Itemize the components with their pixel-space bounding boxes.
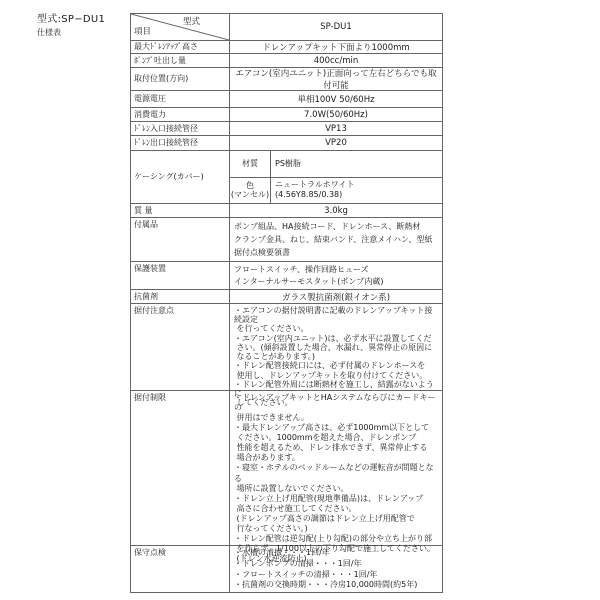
table-row: ﾄﾞﾚﾝ出口接続管径VP20 xyxy=(131,135,442,150)
document-header: 型式:SP−DU1 仕様表 xyxy=(37,10,105,38)
row-label: ﾎﾟﾝﾌﾟ吐出し量 xyxy=(131,54,230,67)
split-value-group: 材質PS樹脂色 (マンセル)ニュートラルホワイト (4.56Y8.85/0.38… xyxy=(230,151,442,203)
row-label: ケーシング(カバー) xyxy=(131,151,230,203)
sub-row-label: 色 (マンセル) xyxy=(230,178,271,204)
sheet-subtitle: 仕様表 xyxy=(37,27,105,38)
row-label: 保護装置 xyxy=(131,262,230,289)
row-value: VP13 xyxy=(230,122,442,135)
spec-rows: 最大ﾄﾞﾚﾝｱｯﾌﾟ高さドレンアップキット下面より1000mmﾎﾟﾝﾌﾟ吐出し量… xyxy=(131,40,442,592)
table-row: ﾎﾟﾝﾌﾟ吐出し量400cc/min xyxy=(131,53,442,67)
model-label: 型式:SP−DU1 xyxy=(37,10,105,25)
table-header-row: 型式 項目 SP-DU1 xyxy=(131,14,442,40)
row-label: 最大ﾄﾞﾚﾝｱｯﾌﾟ高さ xyxy=(131,41,230,53)
row-value: 7.0W(50/60Hz) xyxy=(230,108,442,121)
table-row: ﾄﾞﾚﾝ入口接続管径VP13 xyxy=(131,121,442,135)
table-row: 保守点検・水槽の清掃・・・1回/年 ・ドレンポンプの清掃・・・1回/年 ・フロー… xyxy=(131,545,442,592)
model-value: SP-DU1 xyxy=(230,14,442,40)
row-label: 質 量 xyxy=(131,204,230,217)
row-value: ドレンアップキット下面より1000mm xyxy=(230,41,442,53)
row-label: 据付制限 xyxy=(131,391,230,545)
row-value: ポンプ組品、HA接続コード、ドレンホース、断熱材 クランプ金具、ねじ、結束バンド… xyxy=(230,218,442,261)
row-value: エアコン(室内ユニット)正面向って左右どちらでも取付可能 xyxy=(230,68,442,90)
row-label: 据付注意点 xyxy=(131,304,230,390)
table-row: 質 量3.0kg xyxy=(131,203,442,217)
row-value: 単相100V 50/60Hz xyxy=(230,91,442,107)
row-label: 取付位置(方向) xyxy=(131,68,230,90)
row-value: 3.0kg xyxy=(230,204,442,217)
corner-label-model: 型式 xyxy=(183,17,200,27)
row-label: ﾄﾞﾚﾝ出口接続管径 xyxy=(131,136,230,150)
table-row: 据付注意点・エアコンの据付説明書に記載のドレンアップキット接続設定 を行ってくだ… xyxy=(131,303,442,390)
row-label: 電源電圧 xyxy=(131,91,230,107)
row-value: ・水槽の清掃・・・1回/年 ・ドレンポンプの清掃・・・1回/年 ・フロートスイッ… xyxy=(230,546,442,592)
table-row: 保護装置フロートスイッチ、操作回路ヒューズ インターナルサーモスタット(ポンプ内… xyxy=(131,261,442,289)
row-label: ﾄﾞﾚﾝ入口接続管径 xyxy=(131,122,230,135)
spec-table: 型式 項目 SP-DU1 最大ﾄﾞﾚﾝｱｯﾌﾟ高さドレンアップキット下面より10… xyxy=(130,13,443,593)
corner-cell: 型式 項目 xyxy=(131,14,230,40)
sub-row-value: ニュートラルホワイト (4.56Y8.85/0.38) xyxy=(271,178,442,204)
row-value: ・ドレンアップキットとHAシステムならびにカードキーの 併用はできません。 ・最… xyxy=(230,391,442,545)
table-row: 据付制限・ドレンアップキットとHAシステムならびにカードキーの 併用はできません… xyxy=(131,390,442,545)
table-row: 取付位置(方向)エアコン(室内ユニット)正面向って左右どちらでも取付可能 xyxy=(131,67,442,90)
row-value: ガラス製抗菌剤(銀イオン系) xyxy=(230,290,442,303)
table-row: 消費電力7.0W(50/60Hz) xyxy=(131,107,442,121)
table-row: ケーシング(カバー)材質PS樹脂色 (マンセル)ニュートラルホワイト (4.56… xyxy=(131,150,442,203)
sub-row: 色 (マンセル)ニュートラルホワイト (4.56Y8.85/0.38) xyxy=(230,177,442,204)
sub-row: 材質PS樹脂 xyxy=(230,151,442,177)
row-value: 400cc/min xyxy=(230,54,442,67)
sub-row-label: 材質 xyxy=(230,151,271,177)
row-value: ・エアコンの据付説明書に記載のドレンアップキット接続設定 を行ってください。 ・… xyxy=(230,304,442,390)
row-label: 抗菌剤 xyxy=(131,290,230,303)
table-row: 付属品ポンプ組品、HA接続コード、ドレンホース、断熱材 クランプ金具、ねじ、結束… xyxy=(131,217,442,261)
row-value: VP20 xyxy=(230,136,442,150)
corner-label-item: 項目 xyxy=(134,27,151,37)
table-row: 抗菌剤ガラス製抗菌剤(銀イオン系) xyxy=(131,289,442,303)
row-label: 消費電力 xyxy=(131,108,230,121)
row-label: 付属品 xyxy=(131,218,230,261)
table-row: 最大ﾄﾞﾚﾝｱｯﾌﾟ高さドレンアップキット下面より1000mm xyxy=(131,40,442,53)
row-label: 保守点検 xyxy=(131,546,230,592)
row-value: フロートスイッチ、操作回路ヒューズ インターナルサーモスタット(ポンプ内蔵) xyxy=(230,262,442,289)
sub-row-value: PS樹脂 xyxy=(271,151,442,177)
table-row: 電源電圧単相100V 50/60Hz xyxy=(131,90,442,107)
